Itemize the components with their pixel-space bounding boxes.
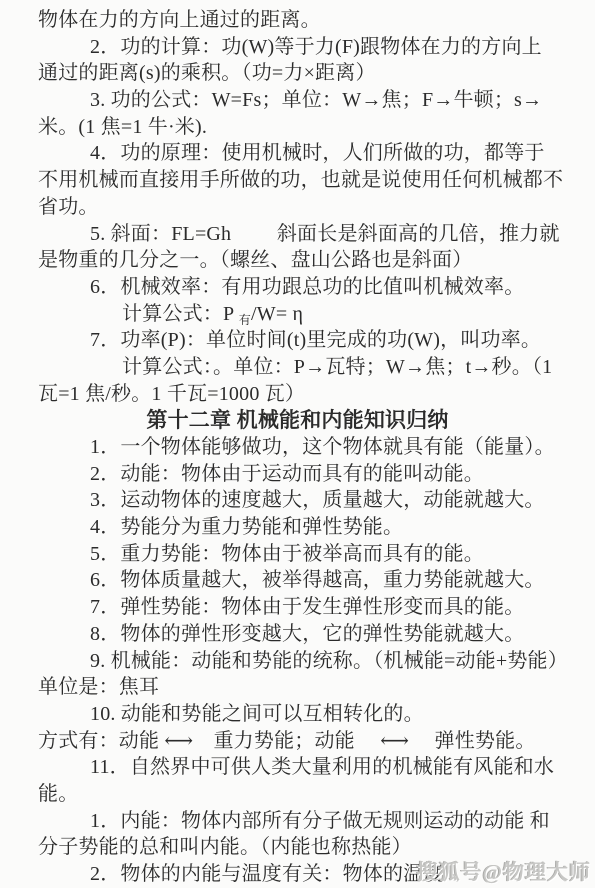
- text-line: 米。(1 焦=1 牛·米).: [38, 114, 557, 141]
- subscript-text: 有: [239, 313, 251, 327]
- text-line: 物体在力的方向上通过的距离。: [38, 7, 557, 34]
- text-line: 5. 斜面：FL=Gh 斜面长是斜面高的几倍，推力就: [38, 221, 557, 248]
- text-line: 1．内能：物体内部所有分子做无规则运动的动能 和: [38, 808, 557, 835]
- text-line: 4．势能分为重力势能和弹性势能。: [38, 514, 557, 541]
- text-line: 瓦=1 焦/秒。1 千瓦=1000 瓦）: [38, 381, 557, 408]
- text-line: 省功。: [38, 194, 557, 221]
- chapter-heading: 第十二章 机械能和内能知识归纳: [38, 407, 557, 434]
- text-line: 能。: [38, 781, 557, 808]
- text-line: 7．功率(P)：单位时间(t)里完成的功(W)，叫功率。: [38, 327, 557, 354]
- text-line: 计算公式：P 有/W= η: [38, 301, 557, 328]
- text-line: 11．自然界中可供人类大量利用的机械能有风能和水: [38, 754, 557, 781]
- text-line: 6．物体质量越大，被举得越高，重力势能就越大。: [38, 567, 557, 594]
- text-line: 计算公式：。单位：P→瓦特；W→焦；t→秒。（1: [38, 354, 557, 381]
- text-line: 通过的距离(s)的乘积。（功=力×距离）: [38, 60, 557, 87]
- text-line: 单位是：焦耳: [38, 674, 557, 701]
- document-body: 物体在力的方向上通过的距离。2．功的计算：功(W)等于力(F)跟物体在力的方向上…: [0, 0, 595, 888]
- text-line: 9. 机械能：动能和势能的统称。（机械能=动能+势能）: [38, 648, 557, 675]
- text-line: 7．弹性势能：物体由于发生弹性形变而具的能。: [38, 594, 557, 621]
- text-segment: /W= η: [251, 303, 303, 325]
- text-line: 2．动能：物体由于运动而具有的能叫动能。: [38, 461, 557, 488]
- text-line: 3. 功的公式：W=Fs；单位：W→焦；F→牛顿；s→: [38, 87, 557, 114]
- text-line: 4．功的原理：使用机械时，人们所做的功，都等于: [38, 140, 557, 167]
- watermark: 搜狐号@物理大师: [416, 856, 591, 886]
- text-line: 1．一个物体能够做功，这个物体就具有能（能量）。: [38, 434, 557, 461]
- text-line: 5．重力势能：物体由于被举高而具有的能。: [38, 541, 557, 568]
- text-segment: 计算公式：P: [122, 303, 239, 325]
- text-line: 不用机械而直接用手所做的功，也就是说使用任何机械都不: [38, 167, 557, 194]
- text-line: 是物重的几分之一。（螺丝、盘山公路也是斜面）: [38, 247, 557, 274]
- text-line: 3．运动物体的速度越大，质量越大，动能就越大。: [38, 487, 557, 514]
- text-line: 2．功的计算：功(W)等于力(F)跟物体在力的方向上: [38, 34, 557, 61]
- text-line: 10. 动能和势能之间可以互相转化的。: [38, 701, 557, 728]
- document-page: { "page": { "background": "#fbfbfa", "te…: [0, 0, 595, 888]
- text-line: 8．物体的弹性形变越大，它的弹性势能就越大。: [38, 621, 557, 648]
- text-line: 6．机械效率：有用功跟总功的比值叫机械效率。: [38, 274, 557, 301]
- text-line: 方式有：动能 ⟷ 重力势能；动能 ⟷ 弹性势能。: [38, 728, 557, 755]
